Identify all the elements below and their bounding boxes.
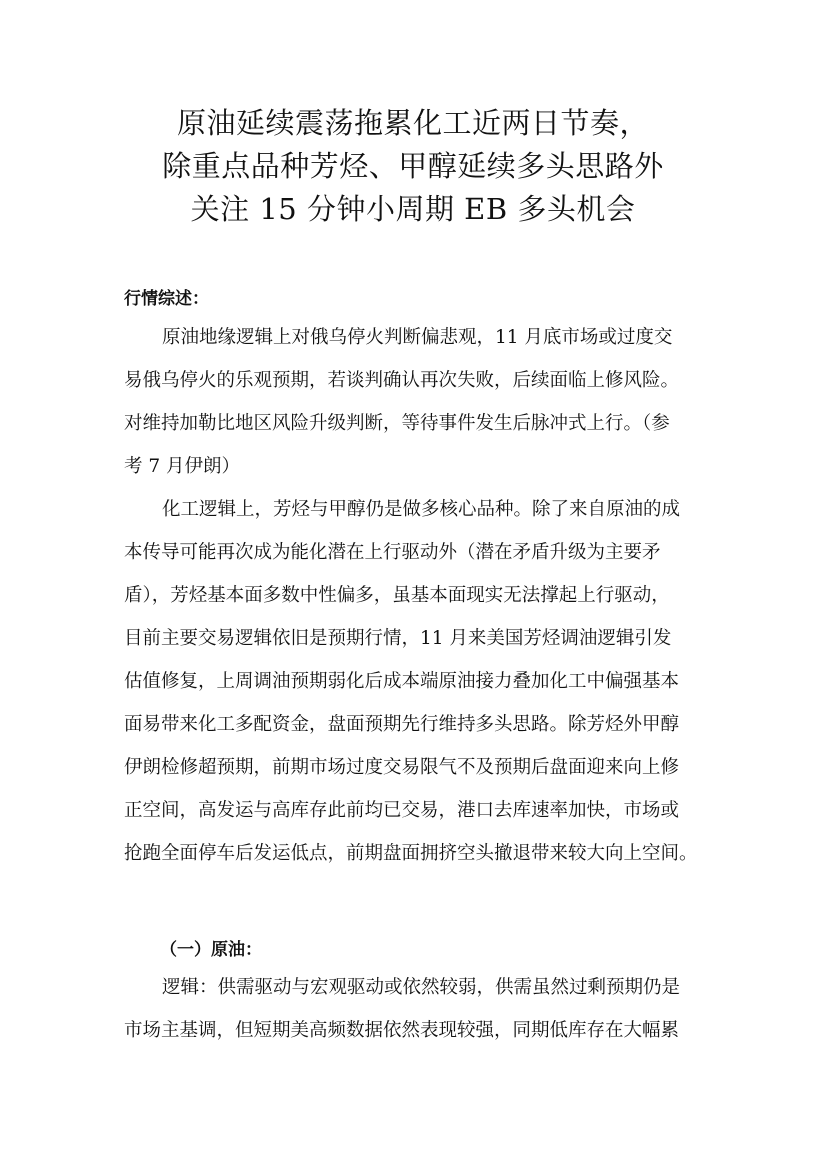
text-line: 本传导可能再次成为能化潜在上行驱动外（潜在矛盾升级为主要矛 (124, 531, 707, 574)
text-line: 化工逻辑上，芳烃与甲醇仍是做多核心品种。除了来自原油的成 (124, 488, 707, 531)
crude-oil-paragraph: 逻辑：供需驱动与宏观驱动或依然较弱，供需虽然过剩预期仍是 市场主基调，但短期美高… (124, 966, 707, 1052)
text-line: 正空间，高发运与高库存此前均已交易，港口去库速率加快，市场或 (124, 789, 707, 832)
text-line: 目前主要交易逻辑依旧是预期行情，11 月来美国芳烃调油逻辑引发 (124, 617, 707, 660)
text-line: 考 7 月伊朗） (124, 445, 707, 488)
text-line: 逻辑：供需驱动与宏观驱动或依然较弱，供需虽然过剩预期仍是 (124, 966, 707, 1009)
text-line: 面易带来化工多配资金，盘面预期先行维持多头思路。除芳烃外甲醇 (124, 703, 707, 746)
text-line: 抢跑全面停车后发运低点，前期盘面拥挤空头撤退带来较大向上空间。 (124, 832, 707, 875)
text-line: 估值修复，上周调油预期弱化后成本端原油接力叠加化工中偏强基本 (124, 660, 707, 703)
overview-paragraph-1: 原油地缘逻辑上对俄乌停火判断偏悲观，11 月底市场或过度交 易俄乌停火的乐观预期… (124, 316, 707, 488)
overview-paragraph-2: 化工逻辑上，芳烃与甲醇仍是做多核心品种。除了来自原油的成 本传导可能再次成为能化… (124, 488, 707, 875)
overview-heading: 行情综述： (124, 284, 209, 309)
document-title: 原油延续震荡拖累化工近两日节奏， 除重点品种芳烃、甲醇延续多头思路外 关注 15… (0, 102, 826, 231)
text-line: 盾），芳烃基本面多数中性偏多，虽基本面现实无法撑起上行驱动， (124, 574, 707, 617)
text-line: 对维持加勒比地区风险升级判断，等待事件发生后脉冲式上行。（参 (124, 402, 707, 445)
text-line: 市场主基调，但短期美高频数据依然表现较强，同期低库存在大幅累 (124, 1009, 707, 1052)
text-line: 原油地缘逻辑上对俄乌停火判断偏悲观，11 月底市场或过度交 (124, 316, 707, 359)
document-page: 原油延续震荡拖累化工近两日节奏， 除重点品种芳烃、甲醇延续多头思路外 关注 15… (0, 0, 826, 1169)
text-line: 伊朗检修超预期，前期市场过度交易限气不及预期后盘面迎来向上修 (124, 746, 707, 789)
title-line-1: 原油延续震荡拖累化工近两日节奏， (0, 102, 826, 145)
title-line-2: 除重点品种芳烃、甲醇延续多头思路外 (0, 145, 826, 188)
title-line-3: 关注 15 分钟小周期 EB 多头机会 (0, 188, 826, 231)
text-line: 易俄乌停火的乐观预期，若谈判确认再次失败，后续面临上修风险。 (124, 359, 707, 402)
crude-oil-heading: （一）原油： (160, 935, 262, 960)
